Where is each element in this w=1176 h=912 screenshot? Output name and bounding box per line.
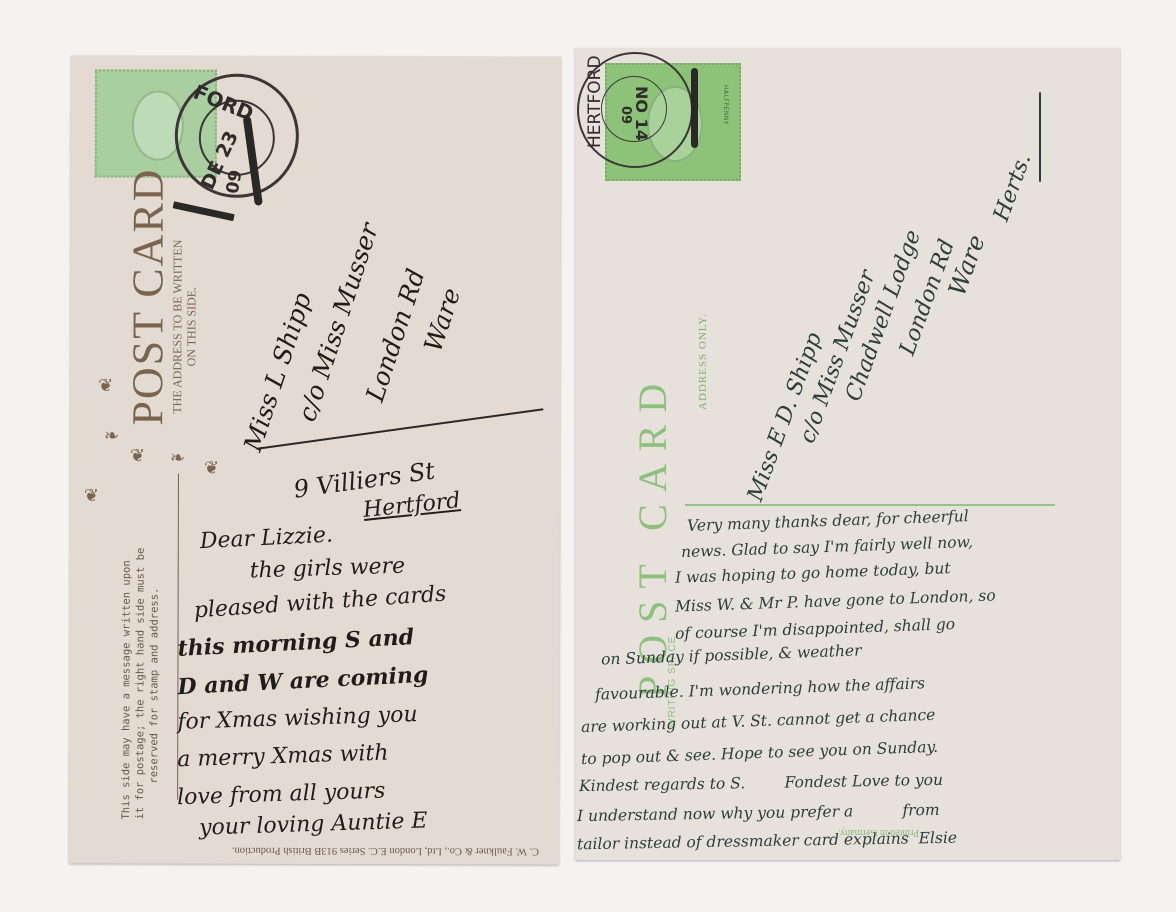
message-line: love from all yours [177,779,386,811]
divider-line [685,504,1055,506]
message-line: of course I'm disappointed, shall go [675,615,956,643]
ivy-ornament: ❧ [104,425,119,446]
address-note: THE ADDRESS TO BE WRITTEN ON THIS SIDE. [170,240,198,414]
ivy-ornament: ❦ [204,458,219,479]
postmark-date: NO 14 [632,86,651,141]
postcard-left: FORD DE 23 09 POST CARD THE ADDRESS TO B… [69,55,561,864]
message-line: this morning S and [177,624,415,662]
sender-address-2: Hertford [362,488,462,523]
address-line-4: Ware [418,284,466,355]
ivy-ornament: ❦ [98,375,113,396]
message-line: Kindest regards to S. Fondest Love to yo… [579,771,943,795]
address-line-3: London Rd [360,265,430,405]
message-line: Dear Lizzie. [199,523,333,555]
underline-stroke [1039,92,1041,182]
message-line: I understand now why you prefer a from [577,801,940,825]
ivy-ornament: ❦ [84,485,99,506]
message-line: pleased with the cards [193,582,447,624]
message-line: Very many thanks dear, for cheerful [687,507,969,535]
stamp-label: HALFPENNY [722,85,729,125]
message-line: I was hoping to go home today, but [675,559,951,587]
address-line-1: Miss L Shipp [238,289,317,455]
message-note-line2: it for postage; the right hand side must… [133,548,148,820]
message-line: a merry Xmas with [177,741,389,773]
message-note: This side may have a message written upo… [119,548,162,820]
message-line: news. Glad to say I'm fairly well now, [681,533,973,561]
postmark-town: HERTFORD [585,55,605,148]
postcard-title: POST CARD [122,167,174,425]
address-note-line2: ON THIS SIDE. [184,240,198,414]
address-line-6: Herts. [989,150,1036,224]
message-line: your loving Auntie E [199,808,428,840]
ivy-ornament: ❦ [130,446,145,467]
address-note: ADDRESS ONLY. [697,313,709,410]
message-note-line1: This side may have a message written upo… [119,548,134,820]
message-line: D and W are coming [177,662,429,700]
postmark-year: 09 [223,168,247,195]
message-line: to pop out & see. Hope to see you on Sun… [581,738,939,768]
postmark-year: 09 [618,106,633,124]
message-line: the girls were [249,554,405,584]
ivy-ornament: ❧ [170,448,185,469]
message-line: Miss W. & Mr P. have gone to London, so [675,586,996,615]
postcard-right: HALFPENNY HERTFORD NO 14 09 POST CARD AD… [575,48,1120,860]
message-line: are working out at V. St. cannot get a c… [581,706,936,736]
postmark-bar [173,201,235,221]
publisher-imprint: C. W. Faulkner & Co., Ltd, London E.C. S… [232,845,539,857]
postmark-bar [691,68,698,148]
address-note-line1: THE ADDRESS TO BE WRITTEN [170,240,184,414]
message-note-line3: reserved for stamp and address. [147,548,162,820]
message-line: for Xmas wishing you [177,702,418,735]
message-line: tailor instead of dressmaker card explai… [577,829,957,854]
